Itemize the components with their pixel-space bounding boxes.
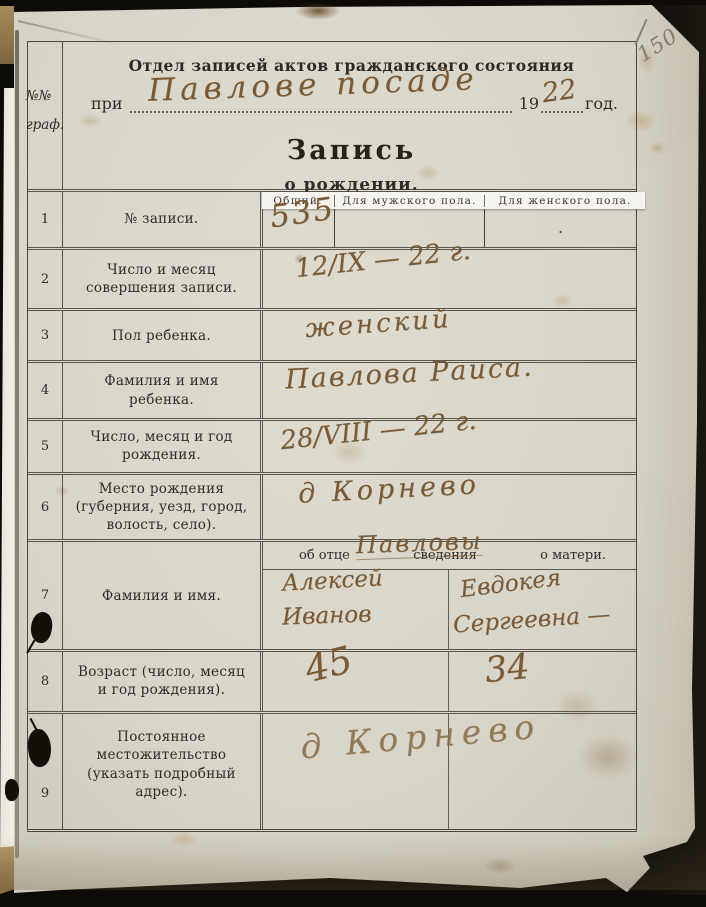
row-label: Возраст (число, месяц и год рождения). (63, 652, 263, 711)
year-suffix: год. (585, 94, 618, 113)
table-row: 7 Фамилия и имя. об отце сведения о мате… (28, 539, 636, 648)
row-label: Фамилия и имя ребенка. (63, 363, 263, 418)
row-value-area: об отце сведения о матери. (263, 542, 636, 648)
row-number: 3 (28, 311, 63, 360)
row-label: Место рождения (губерния, уезд, город, в… (63, 475, 263, 540)
row-label: Постоянное местожительство (указать подр… (63, 714, 263, 829)
row-label: № записи. (63, 192, 263, 247)
record-title: Запись (79, 135, 624, 166)
scanned-birth-record-page: №№ граф. Отдел записей актов гражданског… (0, 0, 706, 907)
handwritten-year: 22 (540, 76, 578, 108)
row-number: 5 (28, 421, 63, 472)
handwritten-parents-surname: Павловы (356, 529, 483, 560)
ink-blot (5, 779, 19, 801)
paper-left-edge-shadow (15, 30, 19, 858)
row-number: 4 (28, 363, 63, 418)
col-male-label: Для мужского пола. (335, 195, 485, 207)
father-cell (263, 652, 449, 711)
col-female-label: Для женского пола. (485, 195, 645, 207)
mother-cell (449, 652, 636, 711)
cols-label-line1: №№ (26, 88, 64, 104)
row-label: Число, месяц и год рождения. (63, 421, 263, 472)
col-female-cell: . (485, 209, 636, 247)
row-number: 6 (28, 475, 63, 540)
handwritten-father-name-line1: Алексей (281, 567, 383, 595)
at-label: при (91, 94, 123, 113)
columns-number-cell: №№ граф. (28, 42, 63, 189)
row-label: Число и месяц совершения записи. (63, 250, 263, 309)
father-header: об отце (299, 548, 350, 563)
year-prefix: 19 (519, 94, 539, 113)
book-spine-edge (0, 6, 14, 64)
cols-label-line2: граф. (26, 117, 64, 133)
handwritten-father-name-line2: Иванов (282, 603, 372, 629)
handwritten-record-number: 535 (268, 194, 337, 234)
row-number: 1 (28, 192, 63, 247)
handwritten-father-age: 45 (301, 641, 356, 688)
row-number: 2 (28, 250, 63, 309)
form-header-row: №№ граф. Отдел записей актов гражданског… (28, 42, 636, 189)
row-label: Пол ребенка. (63, 311, 263, 360)
row-number: 8 (28, 652, 63, 711)
handwritten-mother-age: 34 (483, 650, 531, 689)
form-header-main: Отдел записей актов гражданского состоян… (63, 42, 636, 189)
row-label: Фамилия и имя. (63, 542, 263, 648)
mother-header: о матери. (540, 548, 606, 563)
